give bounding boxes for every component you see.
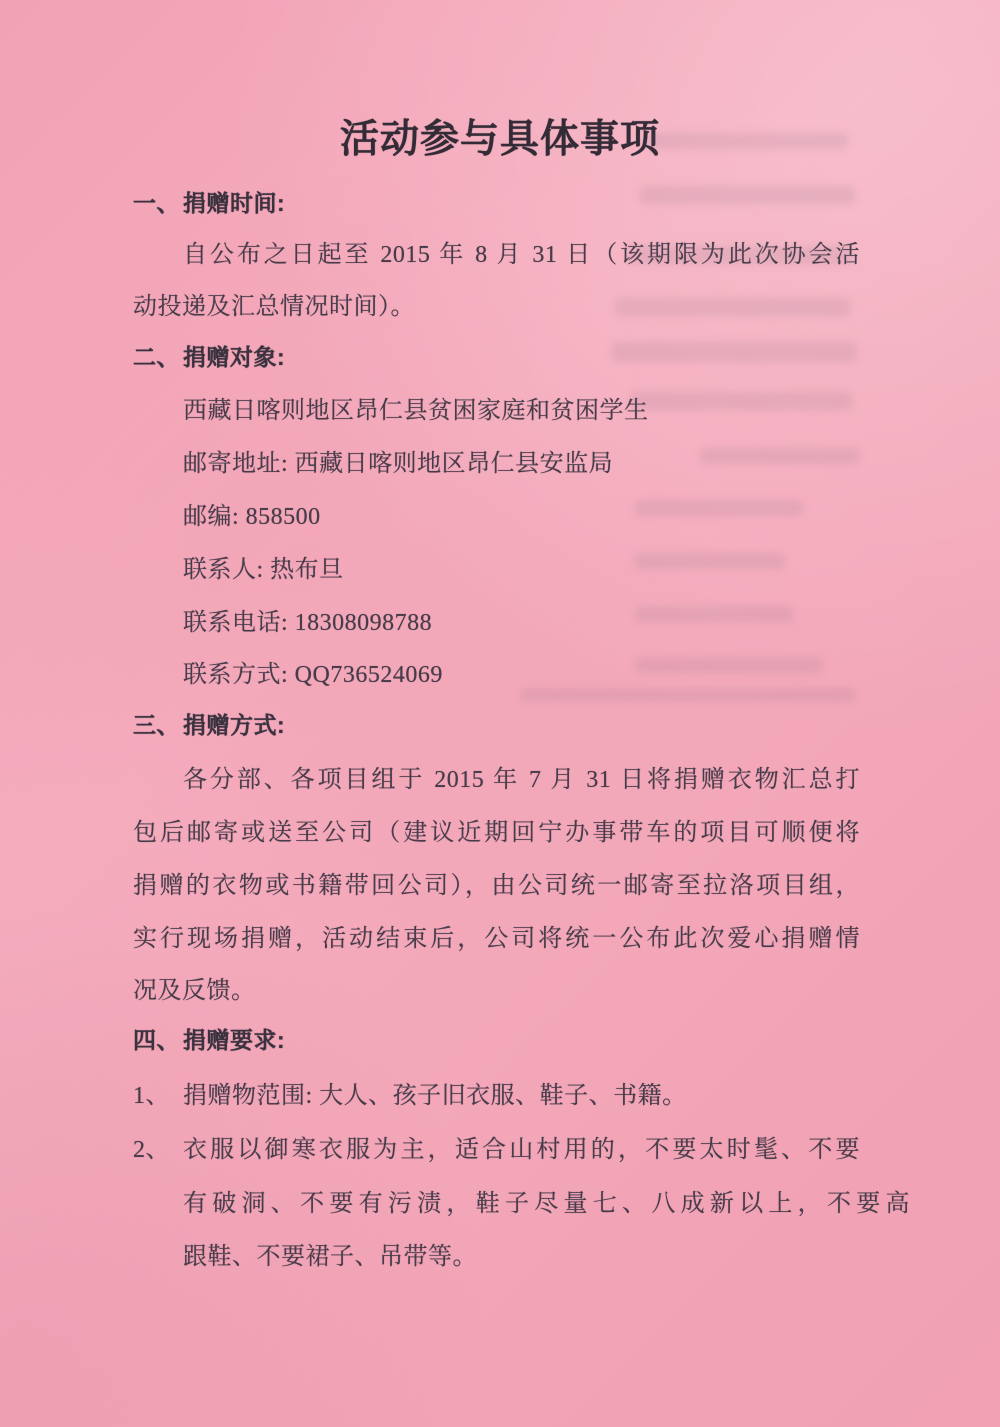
- bleed-through-mark: [700, 448, 860, 464]
- body-text: 捐赠的衣物或书籍带回公司），由公司统一邮寄至拉洛项目组，: [133, 865, 860, 900]
- bleed-through-mark: [635, 553, 785, 569]
- body-text: 衣服以御寒衣服为主，适合山村用的，不要太时髦、不要: [183, 1129, 860, 1164]
- bleed-through-mark: [612, 342, 857, 362]
- body-text: 实行现场捐赠，活动结束后，公司将统一公布此次爱心捐赠情: [133, 918, 860, 953]
- bleed-through-mark: [640, 186, 855, 204]
- section-number: 二、: [133, 339, 183, 372]
- body-text: 联系人: 热布旦: [183, 549, 910, 584]
- body-line: 各分部、各项目组于 2015 年 7 月 31 日将捐赠衣物汇总打: [133, 759, 860, 793]
- bleed-through-mark: [628, 246, 853, 264]
- heading-donation-requirements: 四、捐赠要求:: [133, 1022, 860, 1056]
- bleed-through-mark: [635, 657, 823, 673]
- bleed-through-mark: [630, 392, 852, 410]
- requirement-item-2: 2、衣服以御寒衣服为主，适合山村用的，不要太时髦、不要: [133, 1129, 860, 1163]
- body-text: 包后邮寄或送至公司（建议近期回宁办事带车的项目可顺便将: [133, 812, 860, 847]
- body-line: 实行现场捐赠，活动结束后，公司将统一公布此次爱心捐赠情: [133, 918, 860, 952]
- body-text: 捐赠物范围: 大人、孩子旧衣服、鞋子、书籍。: [183, 1075, 860, 1110]
- page-title: 活动参与具体事项: [0, 108, 1000, 164]
- requirement-item-1: 1、捐赠物范围: 大人、孩子旧衣服、鞋子、书籍。: [133, 1075, 860, 1109]
- body-line: 况及反馈。: [133, 970, 860, 1004]
- body-line: 捐赠的衣物或书籍带回公司），由公司统一邮寄至拉洛项目组，: [133, 865, 860, 899]
- heading-donation-method: 三、捐赠方式:: [133, 707, 860, 741]
- body-text: 跟鞋、不要裙子、吊带等。: [183, 1236, 910, 1271]
- contact-person-line: 联系人: 热布旦: [133, 549, 910, 583]
- section-number: 三、: [133, 707, 183, 740]
- heading-label: 捐赠要求:: [183, 1022, 860, 1055]
- body-text: 各分部、各项目组于 2015 年 7 月 31 日将捐赠衣物汇总打: [133, 759, 860, 794]
- body-line: 有破洞、不要有污渍，鞋子尽量七、八成新以上，不要高: [133, 1183, 910, 1217]
- bleed-through-mark: [635, 606, 793, 622]
- item-number: 2、: [133, 1129, 183, 1164]
- bleed-through-mark: [635, 500, 803, 516]
- item-number: 1、: [133, 1075, 183, 1110]
- section-number: 四、: [133, 1022, 183, 1055]
- heading-label: 捐赠方式:: [183, 707, 860, 740]
- body-text: 况及反馈。: [133, 970, 860, 1005]
- section-number: 一、: [133, 185, 183, 218]
- body-text: 有破洞、不要有污渍，鞋子尽量七、八成新以上，不要高: [183, 1183, 910, 1218]
- bleed-through-mark: [520, 688, 855, 702]
- scanned-page: 活动参与具体事项 一、捐赠时间: 自公布之日起至 2015 年 8 月 31 日…: [0, 0, 1000, 1427]
- contact-phone-line: 联系电话: 18308098788: [133, 602, 910, 636]
- body-text: 联系电话: 18308098788: [183, 602, 910, 637]
- body-line: 包后邮寄或送至公司（建议近期回宁办事带车的项目可顺便将: [133, 812, 860, 846]
- body-line: 跟鞋、不要裙子、吊带等。: [133, 1236, 910, 1270]
- bleed-through-mark: [615, 298, 850, 316]
- bleed-through-mark: [648, 133, 848, 149]
